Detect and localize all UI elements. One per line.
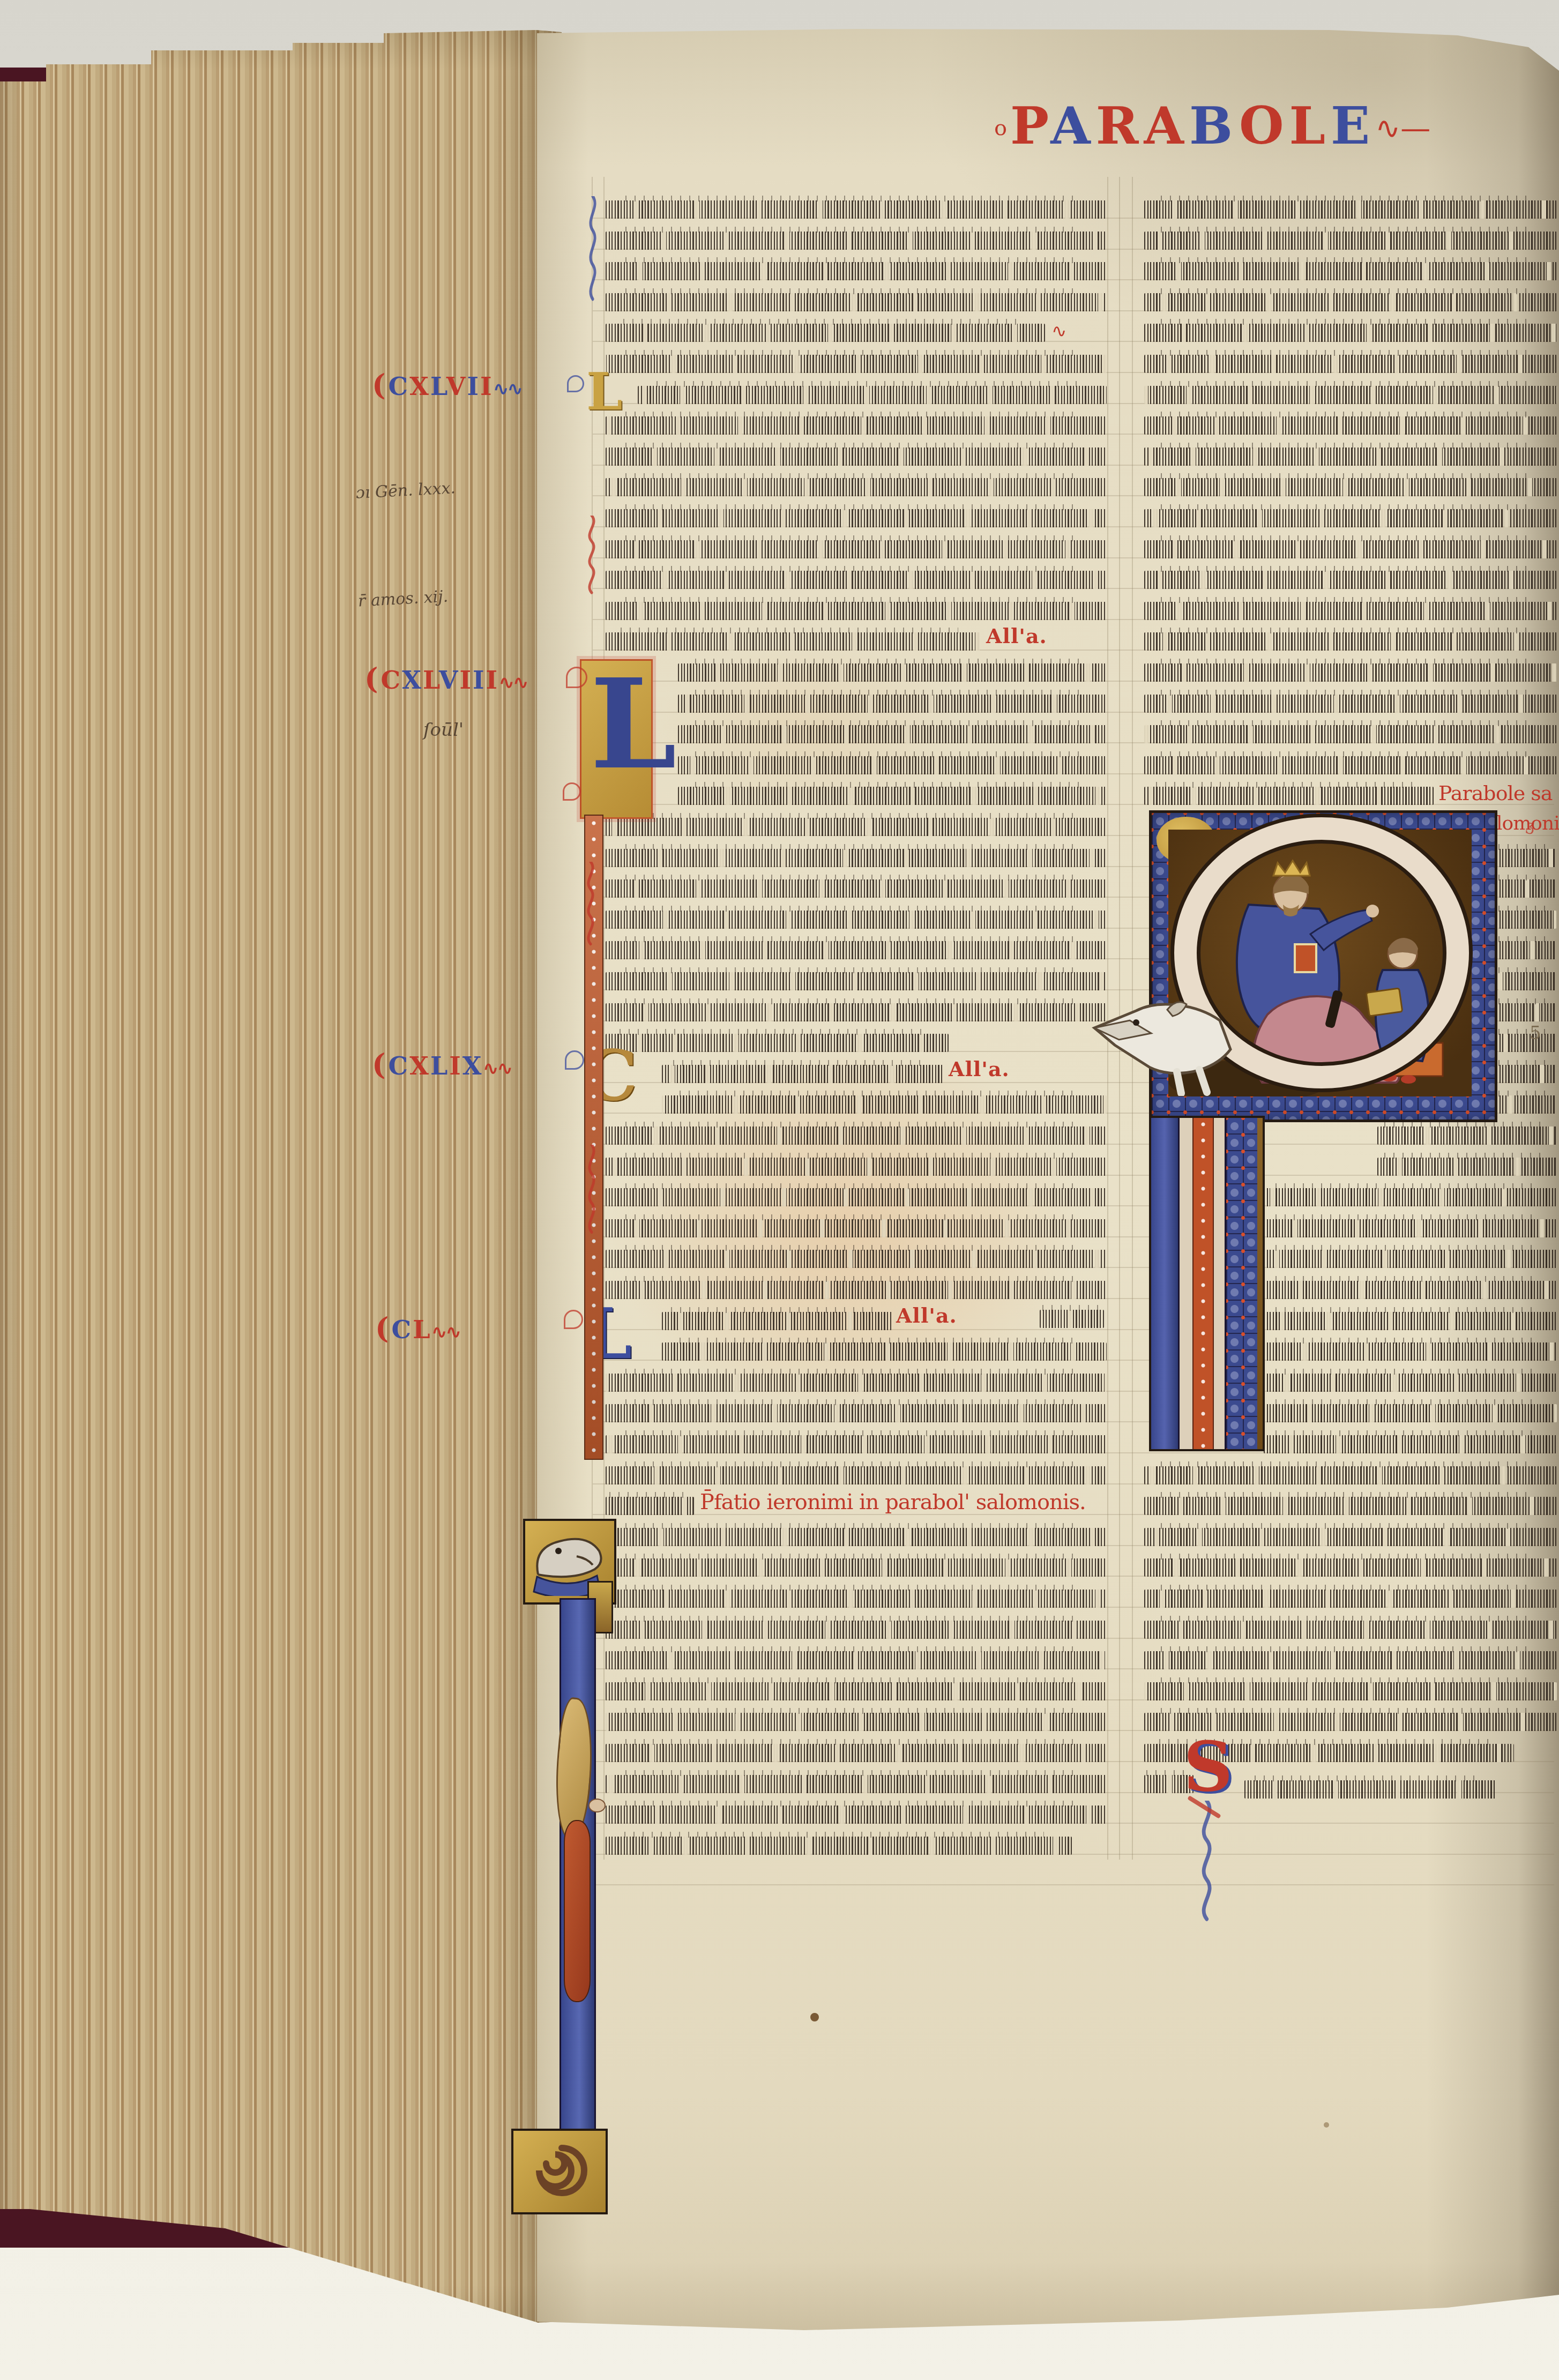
script-line bbox=[1496, 911, 1556, 929]
script-line bbox=[606, 1219, 1107, 1237]
script-line bbox=[1496, 1065, 1556, 1083]
capital-letter: P bbox=[1010, 95, 1050, 156]
script-line bbox=[606, 1003, 1107, 1021]
capital-letter: X bbox=[409, 372, 430, 401]
script-line bbox=[606, 1558, 1107, 1577]
paragraph-mark-icon: ( bbox=[372, 368, 387, 402]
script-line bbox=[1144, 602, 1557, 620]
script-line bbox=[1264, 1312, 1557, 1330]
capital-letter: C bbox=[392, 1315, 413, 1344]
paragraph-mark-icon: ( bbox=[375, 1311, 391, 1345]
numeral-flourish: ∿∿ bbox=[494, 378, 522, 400]
penwork-curl bbox=[565, 1050, 584, 1070]
alleluia-mark: All'a. bbox=[949, 1057, 1010, 1081]
script-line bbox=[606, 1126, 1107, 1145]
capital-letter: I bbox=[449, 1051, 463, 1080]
script-line bbox=[606, 1374, 1107, 1392]
hound-icon bbox=[1087, 965, 1242, 1096]
capital-letter: I bbox=[467, 372, 480, 401]
script-line bbox=[1144, 1621, 1557, 1639]
title-prefix-mark: o bbox=[994, 116, 1007, 140]
script-line bbox=[606, 324, 1045, 342]
script-line bbox=[1264, 1435, 1557, 1453]
script-line bbox=[1496, 1034, 1556, 1052]
stem-band-orange bbox=[1192, 1118, 1214, 1449]
script-line bbox=[606, 1837, 1072, 1855]
initial-s-sapientia: S bbox=[1183, 1736, 1233, 1798]
margin-tick: 5 bbox=[1530, 1023, 1541, 1044]
ink-speck bbox=[810, 2013, 819, 2021]
script-line bbox=[678, 787, 1107, 805]
capital-letter: C bbox=[389, 1051, 410, 1080]
script-line bbox=[1144, 756, 1557, 774]
script-line bbox=[606, 941, 1107, 959]
script-line bbox=[606, 447, 1107, 466]
capital-letter: A bbox=[1144, 95, 1189, 156]
initial-l-gold-letter: L bbox=[590, 669, 677, 780]
script-line bbox=[606, 1621, 1107, 1639]
capital-letter: L bbox=[413, 1315, 431, 1344]
capital-letter: E bbox=[1331, 95, 1375, 156]
script-line bbox=[606, 416, 1107, 435]
script-line bbox=[1144, 1651, 1557, 1669]
capital-letter: X bbox=[402, 666, 423, 695]
alleluia-mark: All'a. bbox=[986, 624, 1047, 648]
script-line bbox=[606, 1590, 1107, 1608]
script-line bbox=[1496, 941, 1556, 959]
margin-note-soul: ſoūl' bbox=[423, 719, 464, 741]
numeral-flourish: ∿∿ bbox=[483, 1058, 511, 1079]
capital-letter: I bbox=[480, 372, 494, 401]
script-line bbox=[606, 1682, 1107, 1700]
script-line bbox=[662, 1065, 943, 1083]
script-line bbox=[606, 972, 1107, 990]
script-line-tail bbox=[1244, 1780, 1496, 1799]
initial-i-figure-robe bbox=[564, 1820, 591, 2002]
script-line bbox=[678, 756, 1107, 774]
script-line bbox=[1144, 324, 1557, 342]
script-line bbox=[1144, 509, 1557, 527]
capital-letter: L bbox=[430, 372, 446, 401]
numeral-letters: CXLVIII bbox=[381, 666, 499, 695]
capital-letter: O bbox=[1239, 95, 1289, 156]
chapter-numeral-cxlix: (CXLIX∿∿ bbox=[372, 1047, 511, 1081]
numeral-letters: CL bbox=[392, 1315, 432, 1344]
script-line bbox=[606, 478, 1107, 496]
script-line bbox=[662, 1312, 892, 1330]
script-line bbox=[606, 879, 1107, 898]
penwork-curl bbox=[563, 782, 581, 801]
stem-band-blue bbox=[1151, 1118, 1180, 1449]
script-line bbox=[606, 602, 1107, 620]
script-line bbox=[606, 540, 1107, 558]
numeral-letters: CXLIX bbox=[389, 1051, 483, 1080]
script-line bbox=[1144, 1590, 1557, 1608]
explicit-incipit-rubric-1: Parabole sa bbox=[1438, 781, 1552, 805]
numeral-letters: CXLVII bbox=[389, 372, 494, 401]
stem-band-cream bbox=[1214, 1118, 1225, 1449]
ruled-line bbox=[593, 1884, 1554, 1885]
script-line bbox=[1496, 972, 1556, 990]
penwork-curl bbox=[566, 667, 587, 688]
script-line bbox=[606, 1497, 694, 1515]
script-line bbox=[606, 1404, 1107, 1422]
chapter-numeral-cxlvii: (CXLVII∿∿ bbox=[372, 368, 522, 402]
line-end-flourish: ∿ bbox=[1051, 320, 1067, 342]
alleluia-mark: All'a. bbox=[896, 1303, 957, 1327]
script-line bbox=[662, 1095, 1107, 1114]
paragraph-mark-icon: ( bbox=[372, 1047, 387, 1081]
script-line bbox=[606, 262, 1107, 280]
penwork-squiggle bbox=[587, 196, 599, 303]
script-line bbox=[1264, 1219, 1557, 1237]
script-line bbox=[1264, 1188, 1557, 1206]
capital-letter: C bbox=[381, 666, 402, 695]
script-line bbox=[606, 355, 1107, 373]
script-line bbox=[1144, 478, 1557, 496]
capital-letter: V bbox=[439, 666, 460, 695]
script-line bbox=[1377, 1158, 1557, 1176]
capital-letter: L bbox=[423, 666, 439, 695]
script-line bbox=[1144, 571, 1557, 589]
script-line bbox=[606, 1158, 1107, 1176]
paragraph-mark-icon: ( bbox=[364, 661, 380, 696]
script-line bbox=[1496, 879, 1556, 898]
penwork-squiggle bbox=[585, 862, 597, 947]
capital-letter: C bbox=[389, 372, 410, 401]
script-line bbox=[606, 1775, 1107, 1793]
capital-letter: I bbox=[459, 666, 473, 695]
script-line bbox=[606, 1744, 1107, 1762]
script-line bbox=[1496, 1003, 1556, 1021]
script-line bbox=[606, 1188, 1107, 1206]
script-line bbox=[1144, 386, 1557, 404]
script-line bbox=[678, 663, 1107, 682]
penwork-curl bbox=[564, 1310, 583, 1329]
script-line bbox=[1144, 632, 1557, 651]
script-line bbox=[662, 1342, 1107, 1361]
script-line bbox=[1144, 725, 1557, 743]
initial-l-small-gold: L bbox=[586, 369, 623, 415]
penwork-squiggle bbox=[586, 1145, 598, 1236]
capital-letter: X bbox=[409, 1051, 430, 1080]
script-line bbox=[1264, 1374, 1557, 1392]
script-line bbox=[606, 1713, 1107, 1731]
initial-i-hand bbox=[588, 1799, 606, 1812]
script-line bbox=[606, 1466, 1107, 1484]
capital-letter: L bbox=[1289, 95, 1331, 156]
script-line bbox=[606, 1435, 1107, 1453]
script-line bbox=[638, 386, 1107, 404]
capital-letter: X bbox=[463, 1051, 483, 1080]
script-line bbox=[606, 1034, 949, 1052]
running-title-letters: PARABOLE bbox=[1010, 95, 1375, 156]
photo-of-open-medieval-codex: { "artifact": { "kind": "Illuminated man… bbox=[0, 0, 1559, 2380]
script-line bbox=[678, 725, 1107, 743]
script-line bbox=[606, 200, 1107, 219]
script-line bbox=[1144, 200, 1557, 219]
capital-letter: I bbox=[473, 666, 486, 695]
script-line bbox=[606, 232, 1107, 250]
penwork-curl bbox=[567, 375, 584, 392]
script-line bbox=[606, 571, 1107, 589]
script-line bbox=[606, 1528, 1107, 1546]
stem-band-diaper bbox=[1225, 1118, 1257, 1449]
title-suffix-flourish: ∿— bbox=[1375, 111, 1430, 146]
initial-l-gold-box: L bbox=[580, 659, 653, 819]
script-line bbox=[1377, 1126, 1557, 1145]
penwork-squiggle bbox=[586, 516, 598, 596]
script-line bbox=[1144, 447, 1557, 466]
ink-speck bbox=[1324, 2122, 1329, 2128]
script-line bbox=[1496, 849, 1556, 867]
numeral-flourish: ∿∿ bbox=[432, 1322, 460, 1343]
capital-letter: I bbox=[486, 666, 499, 695]
script-line bbox=[1144, 416, 1557, 435]
script-line bbox=[1144, 1466, 1557, 1484]
capital-letter: L bbox=[430, 1051, 449, 1080]
script-line bbox=[1264, 1404, 1557, 1422]
capital-letter: A bbox=[1050, 95, 1095, 156]
script-line bbox=[606, 849, 1107, 867]
script-line bbox=[1496, 1095, 1556, 1114]
capital-letter: B bbox=[1189, 95, 1239, 156]
script-line bbox=[678, 695, 1107, 713]
initial-p-stem bbox=[1149, 1116, 1265, 1451]
script-line bbox=[1144, 355, 1557, 373]
script-line bbox=[1144, 262, 1557, 280]
stem-band-gold bbox=[1257, 1118, 1263, 1449]
script-line bbox=[1144, 232, 1557, 250]
script-line bbox=[606, 818, 1107, 836]
prologue-rubric: P̄fatio ieronimi in parabol' salomonis. bbox=[700, 1490, 1086, 1514]
script-line bbox=[1264, 1281, 1557, 1299]
stem-band-cream bbox=[1180, 1118, 1192, 1449]
script-line bbox=[1144, 293, 1557, 311]
script-line bbox=[606, 509, 1107, 527]
cadel-flourish-below-s bbox=[1199, 1801, 1215, 1924]
capital-letter: V bbox=[446, 372, 467, 401]
script-line bbox=[606, 1250, 1107, 1268]
capital-letter: R bbox=[1096, 95, 1144, 156]
numeral-flourish: ∿∿ bbox=[499, 672, 527, 693]
chapter-numeral-cxlviii: (CXLVIII∿∿ bbox=[364, 661, 527, 696]
script-line bbox=[1144, 1558, 1557, 1577]
script-line bbox=[1264, 1250, 1557, 1268]
script-line bbox=[1144, 540, 1557, 558]
script-line bbox=[606, 1805, 1107, 1824]
script-line-tail bbox=[1040, 1310, 1104, 1328]
script-line bbox=[606, 632, 981, 651]
script-line bbox=[1264, 1342, 1557, 1361]
initial-i-foot-spiral bbox=[516, 2133, 599, 2206]
script-line bbox=[606, 293, 1107, 311]
stacked-page-edges bbox=[0, 0, 562, 2380]
script-line bbox=[1144, 787, 1434, 805]
script-line bbox=[1144, 1497, 1557, 1515]
script-line bbox=[1144, 695, 1557, 713]
script-line bbox=[606, 911, 1107, 929]
script-line bbox=[1144, 1682, 1557, 1700]
running-title: oPARABOLE∿— bbox=[994, 95, 1430, 165]
script-line bbox=[606, 1651, 1107, 1669]
script-line bbox=[1144, 1528, 1557, 1546]
script-line bbox=[606, 1281, 1107, 1299]
chapter-numeral-cl: (CL∿∿ bbox=[375, 1311, 460, 1345]
script-line bbox=[1144, 663, 1557, 682]
